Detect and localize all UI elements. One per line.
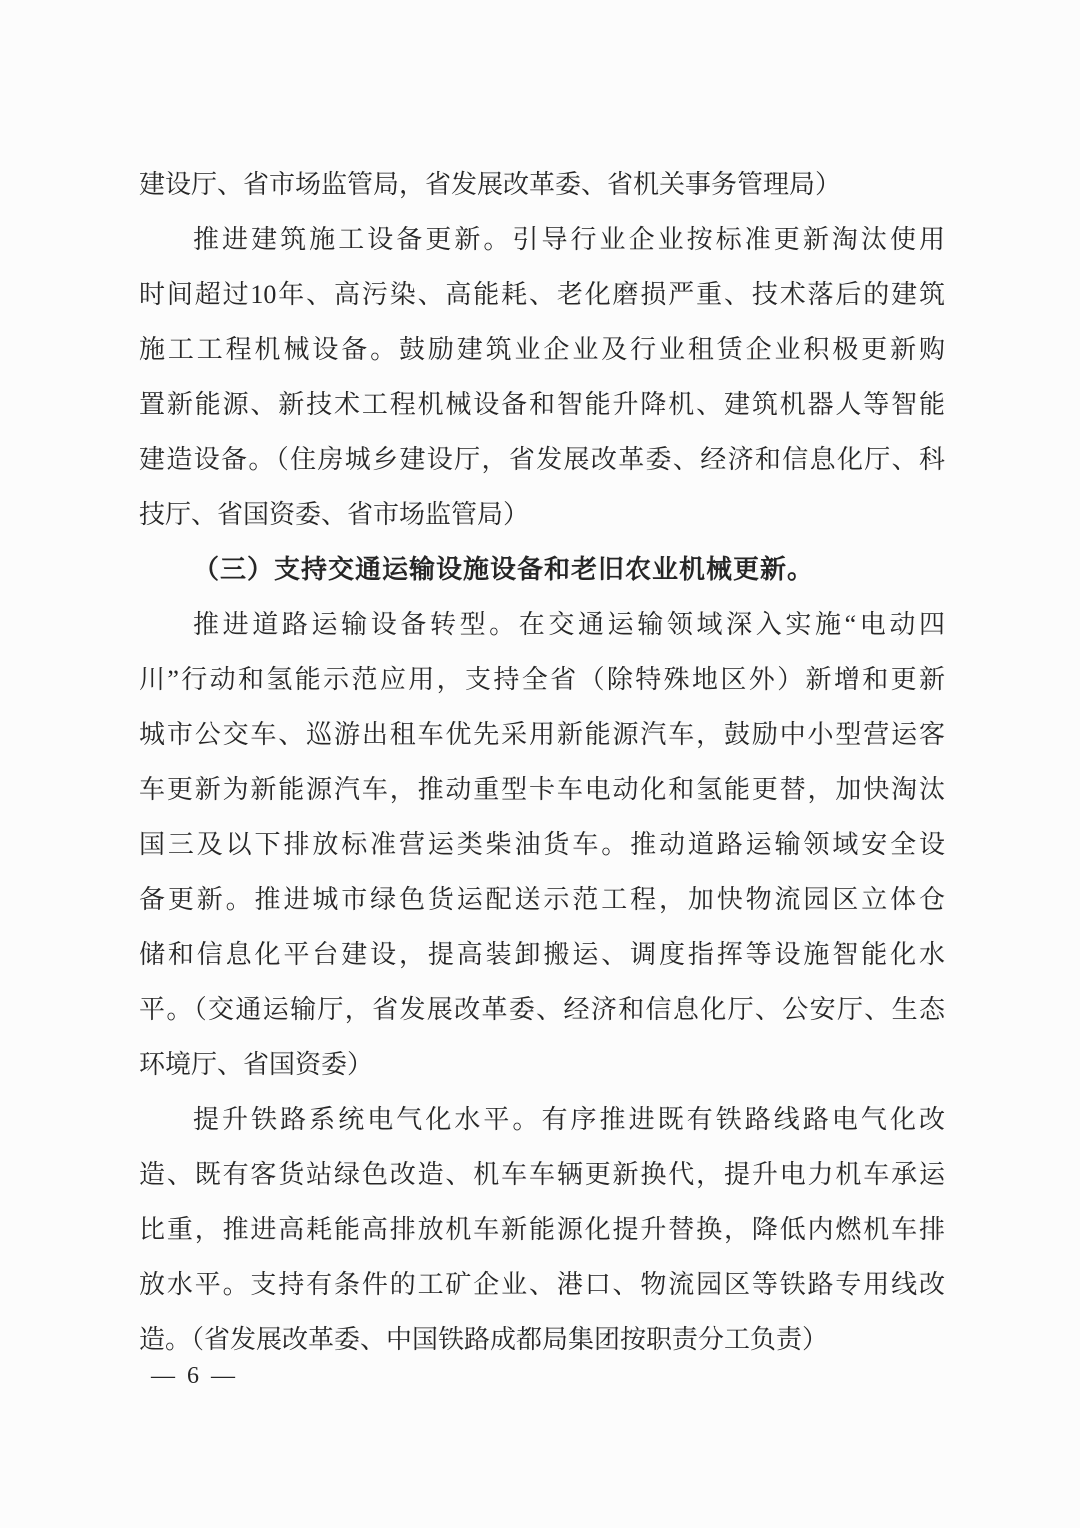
text-line: 平。（交通运输厅，省发展改革委、经济和信息化厅、公安厅、生态 (139, 982, 945, 1037)
text-line: 技厅、省国资委、省市场监管局） (139, 487, 945, 542)
text-line: 置新能源、新技术工程机械设备和智能升降机、建筑机器人等智能 (139, 377, 945, 432)
text-line: 放水平。支持有条件的工矿企业、港口、物流园区等铁路专用线改 (139, 1257, 945, 1312)
text-line: 城市公交车、巡游出租车优先采用新能源汽车，鼓励中小型营运客 (139, 707, 945, 762)
text-line: 备更新。推进城市绿色货运配送示范工程，加快物流园区立体仓 (139, 872, 945, 927)
document-page: 建设厅、省市场监管局，省发展改革委、省机关事务管理局） 推进建筑施工设备更新。引… (0, 0, 1080, 1528)
text-line: 建造设备。（住房城乡建设厅，省发展改革委、经济和信息化厅、科 (139, 432, 945, 487)
section-heading: （三）支持交通运输设施设备和老旧农业机械更新。 (139, 542, 945, 597)
text-line: 比重，推进高耗能高排放机车新能源化提升替换，降低内燃机车排 (139, 1202, 945, 1257)
text-line: 建设厅、省市场监管局，省发展改革委、省机关事务管理局） (139, 157, 945, 212)
text-line: 储和信息化平台建设，提高装卸搬运、调度指挥等设施智能化水 (139, 927, 945, 982)
text-line: 环境厅、省国资委） (139, 1037, 945, 1092)
text-line: 施工工程机械设备。鼓励建筑业企业及行业租赁企业积极更新购 (139, 322, 945, 377)
text-line: 造。（省发展改革委、中国铁路成都局集团按职责分工负责） (139, 1312, 945, 1367)
text-line: 车更新为新能源汽车，推动重型卡车电动化和氢能更替，加快淘汰 (139, 762, 945, 817)
text-line: 推进道路运输设备转型。在交通运输领域深入实施“电动四 (139, 597, 945, 652)
document-body: 建设厅、省市场监管局，省发展改革委、省机关事务管理局） 推进建筑施工设备更新。引… (139, 157, 945, 1367)
text-line: 川”行动和氢能示范应用，支持全省（除特殊地区外）新增和更新 (139, 652, 945, 707)
text-line: 推进建筑施工设备更新。引导行业企业按标准更新淘汰使用 (139, 212, 945, 267)
text-line: 提升铁路系统电气化水平。有序推进既有铁路线路电气化改 (139, 1092, 945, 1147)
page-number: — 6 — (151, 1356, 238, 1396)
text-line: 时间超过10年、高污染、高能耗、老化磨损严重、技术落后的建筑 (139, 267, 945, 322)
text-line: 造、既有客货站绿色改造、机车车辆更新换代，提升电力机车承运 (139, 1147, 945, 1202)
text-line: 国三及以下排放标准营运类柴油货车。推动道路运输领域安全设 (139, 817, 945, 872)
